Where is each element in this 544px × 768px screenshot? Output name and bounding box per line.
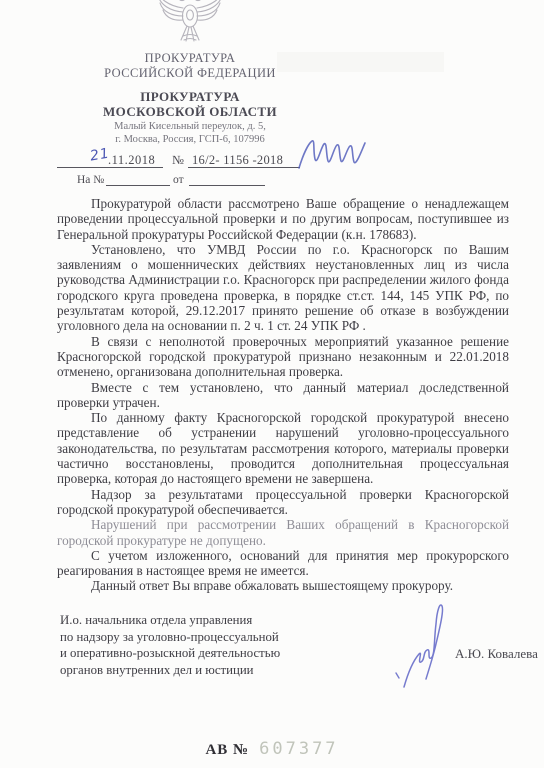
handwritten-flourish <box>294 138 372 177</box>
signer-name: А.Ю. Ковалева <box>455 646 538 662</box>
form-serial: АВ №607377 <box>0 739 544 759</box>
paragraph: С учетом изложенного, оснований для прин… <box>57 548 509 579</box>
paragraph: Нарушений при рассмотрении Ваших обращен… <box>57 517 509 548</box>
signer-title-line: И.о. начальника отдела управления <box>60 612 340 629</box>
document-number: 16/2- 1156 -2018 <box>192 153 283 168</box>
signer-title-line: по надзору за уголовно-процессуальной <box>60 629 340 646</box>
form-series-label: АВ № <box>205 742 249 758</box>
coat-of-arms-icon <box>150 0 230 42</box>
paragraph: Установлено, что УМВД России по г.о. Кра… <box>57 242 509 334</box>
org-name-line2: МОСКОВСКОЙ ОБЛАСТИ <box>20 104 360 119</box>
signature-autograph <box>392 597 450 704</box>
signer-title-line: и оперативно-розыскной деятельностью <box>60 645 340 662</box>
paragraph: Данный ответ Вы вправе обжаловать вышест… <box>57 578 509 593</box>
letter-page: ПРОКУРАТУРА РОССИЙСКОЙ ФЕДЕРАЦИИ ПРОКУРА… <box>0 0 544 768</box>
incoming-number-label: На № <box>77 174 104 186</box>
number-sign: № <box>172 153 184 168</box>
paragraph: Надзор за результатами процессуальной пр… <box>57 487 509 518</box>
incoming-from-label: от <box>173 174 184 186</box>
incoming-date-underline <box>189 185 265 186</box>
printed-date: .11.2018 <box>108 153 155 168</box>
org-regional-name: ПРОКУРАТУРА МОСКОВСКОЙ ОБЛАСТИ <box>20 89 360 119</box>
incoming-reference-line: На № от <box>77 174 337 192</box>
form-serial-number: 607377 <box>259 739 338 759</box>
org-top-line2: РОССИЙСКОЙ ФЕДЕРАЦИИ <box>20 66 360 81</box>
letter-body: Прокуратурой области рассмотрено Ваше об… <box>57 196 509 594</box>
paragraph: Прокуратурой области рассмотрено Ваше об… <box>57 196 509 242</box>
paragraph: По данному факту Красногорской городской… <box>57 410 509 486</box>
incoming-number-underline <box>106 185 170 186</box>
signer-title-block: И.о. начальника отдела управления по над… <box>60 612 340 678</box>
signer-title-line: органов внутренних дел и юстиции <box>60 662 340 679</box>
letterhead: ПРОКУРАТУРА РОССИЙСКОЙ ФЕДЕРАЦИИ ПРОКУРА… <box>20 0 360 146</box>
paragraph: В связи с неполнотой проверочных меропри… <box>57 334 509 380</box>
org-federation-name: ПРОКУРАТУРА РОССИЙСКОЙ ФЕДЕРАЦИИ <box>20 51 360 80</box>
org-address-line1: Малый Кисельный переулок, д. 5, <box>20 121 360 134</box>
paragraph: Вместе с тем установлено, что данный мат… <box>57 380 509 411</box>
org-top-line1: ПРОКУРАТУРА <box>20 51 360 66</box>
org-name-line1: ПРОКУРАТУРА <box>20 89 360 104</box>
